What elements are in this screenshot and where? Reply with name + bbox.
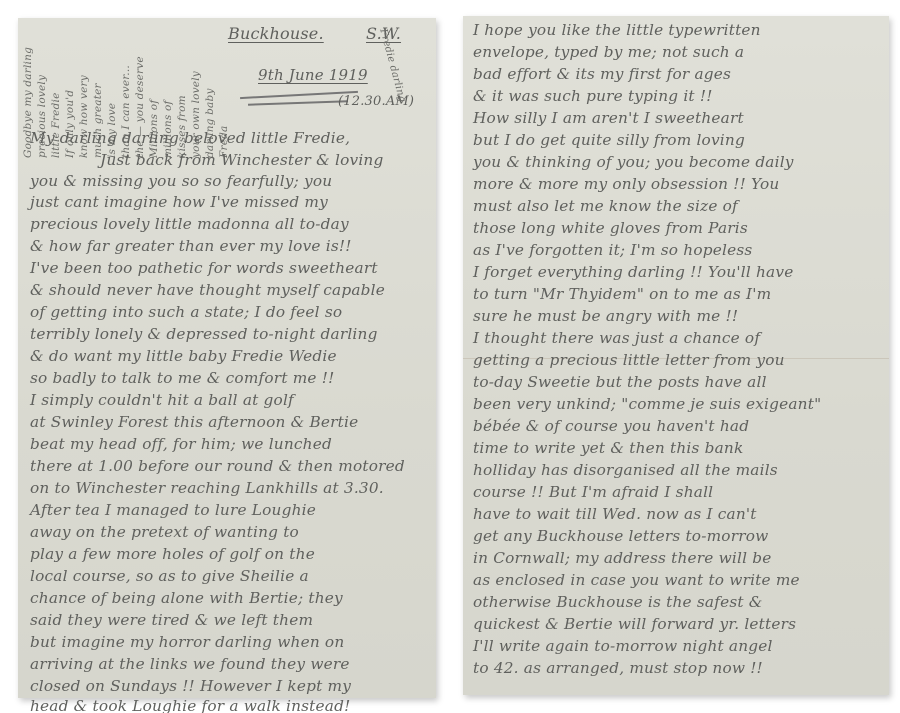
letter-line: chance of being alone with Bertie; they [30, 588, 343, 608]
letter-line: get any Buckhouse letters to-morrow [473, 526, 768, 546]
letter-page-right: I hope you like the little typewritten e… [463, 16, 889, 695]
letter-line: I thought there was just a chance of [473, 328, 760, 348]
letter-line: holliday has disorganised all the mails [473, 460, 778, 480]
letter-line: I simply couldn't hit a ball at golf [30, 390, 294, 410]
letter-line: just cant imagine how I've missed my [30, 192, 328, 212]
letter-date: 9th June 1919 [258, 66, 368, 84]
letter-line: in Cornwall; my address there will be [473, 548, 772, 568]
letter-line: to-day Sweetie but the posts have all [473, 372, 767, 392]
letter-page-left: Goodbye my darling precious lovely littl… [18, 18, 436, 698]
letter-line: I've been too pathetic for words sweethe… [30, 258, 378, 278]
date-underline [248, 100, 348, 105]
letter-line: on to Winchester reaching Lankhills at 3… [30, 478, 384, 498]
letter-line: otherwise Buckhouse is the safest & [473, 592, 763, 612]
letter-line: After tea I managed to lure Loughie [30, 500, 316, 520]
letter-line: as enclosed in case you want to write me [473, 570, 800, 590]
letter-line: I hope you like the little typewritten [473, 20, 761, 40]
letter-line: quickest & Bertie will forward yr. lette… [473, 614, 796, 634]
salutation: My darling darling beloved little Fredie… [30, 128, 350, 148]
letter-line: those long white gloves from Paris [473, 218, 748, 238]
letter-line: course !! But I'm afraid I shall [473, 482, 713, 502]
letter-line: have to wait till Wed. now as I can't [473, 504, 757, 524]
letter-line: head & took Loughie for a walk instead! [30, 696, 350, 713]
letter-line: & it was such pure typing it !! [473, 86, 713, 106]
letter-line: time to write yet & then this bank [473, 438, 743, 458]
letter-line: at Swinley Forest this afternoon & Berti… [30, 412, 358, 432]
address-name: Buckhouse. [228, 24, 324, 43]
letter-line: local course, so as to give Sheilie a [30, 566, 309, 586]
letter-line: to turn "Mr Thyidem" on to me as I'm [473, 284, 771, 304]
letter-line: & do want my little baby Fredie Wedie [30, 346, 337, 366]
letter-line: you & thinking of you; you become daily [473, 152, 794, 172]
letter-line: must also let me know the size of [473, 196, 738, 216]
letter-line: precious lovely little madonna all to-da… [30, 214, 349, 234]
letter-line: said they were tired & we left them [30, 610, 313, 630]
letter-line: & should never have thought myself capab… [30, 280, 385, 300]
letter-line: envelope, typed by me; not such a [473, 42, 744, 62]
letter-line: to 42. as arranged, must stop now !! [473, 658, 763, 678]
letter-line: I'll write again to-morrow night angel [473, 636, 773, 656]
letter-line: closed on Sundays !! However I kept my [30, 676, 351, 696]
letter-line: but imagine my horror darling when on [30, 632, 344, 652]
letter-line: Just back from Winchester & loving [100, 150, 383, 170]
letter-line: bad effort & its my first for ages [473, 64, 731, 84]
letter-line: I forget everything darling !! You'll ha… [473, 262, 793, 282]
letter-line: been very unkind; "comme je suis exigean… [473, 394, 821, 414]
letter-line: beat my head off, for him; we lunched [30, 434, 332, 454]
letter-line: of getting into such a state; I do feel … [30, 302, 342, 322]
letter-line: terribly lonely & depressed to-night dar… [30, 324, 378, 344]
letter-line: arriving at the links we found they were [30, 654, 350, 674]
letter-line: getting a precious little letter from yo… [473, 350, 785, 370]
letter-line: play a few more holes of golf on the [30, 544, 315, 564]
letter-line: How silly I am aren't I sweetheart [473, 108, 744, 128]
letter-line: & how far greater than ever my love is!! [30, 236, 352, 256]
letter-line: as I've forgotten it; I'm so hopeless [473, 240, 752, 260]
letter-line: sure he must be angry with me !! [473, 306, 738, 326]
letter-line: so badly to talk to me & comfort me !! [30, 368, 334, 388]
letter-line: but I do get quite silly from loving [473, 130, 745, 150]
letter-line: more & more my only obsession !! You [473, 174, 779, 194]
letter-line: bébée & of course you haven't had [473, 416, 749, 436]
letter-line: there at 1.00 before our round & then mo… [30, 456, 405, 476]
letter-line: you & missing you so so fearfully; you [30, 171, 332, 191]
letter-line: away on the pretext of wanting to [30, 522, 299, 542]
